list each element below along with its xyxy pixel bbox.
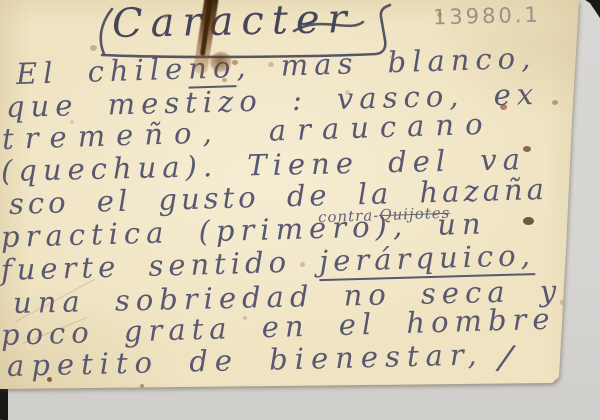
manuscript-card: Caracter 13980.1 El chileno, mas blanco,… xyxy=(0,0,600,420)
struck-word: Quijotes xyxy=(379,204,451,224)
foxing-spot xyxy=(232,60,238,65)
foxing-spot xyxy=(345,90,350,95)
foxing-spot xyxy=(222,78,227,82)
foxing-spot xyxy=(47,377,52,382)
foxing-spot xyxy=(268,62,274,67)
foxing-spot xyxy=(523,146,531,152)
foxing-spot xyxy=(437,12,442,17)
foxing-spot xyxy=(70,120,74,124)
foxing-spot xyxy=(560,300,565,305)
stain xyxy=(210,52,232,72)
foxing-spot xyxy=(390,55,394,59)
foxing-spot xyxy=(163,14,168,19)
foxing-spot xyxy=(500,104,507,110)
ink-blot xyxy=(523,217,534,225)
archive-number: 13980.1 xyxy=(433,3,541,30)
manuscript-line-text: El chile xyxy=(15,52,188,91)
scan-background: Caracter 13980.1 El chileno, mas blanco,… xyxy=(0,0,600,420)
end-pen-stroke: / xyxy=(497,337,514,378)
foxing-spot xyxy=(90,45,97,51)
manuscript-card-shadow: Caracter 13980.1 El chileno, mas blanco,… xyxy=(0,0,600,420)
foxing-spot xyxy=(140,384,144,388)
foxing-spot xyxy=(300,262,305,267)
insertion-text: contra- xyxy=(318,206,380,226)
foxing-spot xyxy=(243,316,247,320)
foxing-spot xyxy=(552,100,558,105)
manuscript-title: Caracter xyxy=(112,0,356,47)
